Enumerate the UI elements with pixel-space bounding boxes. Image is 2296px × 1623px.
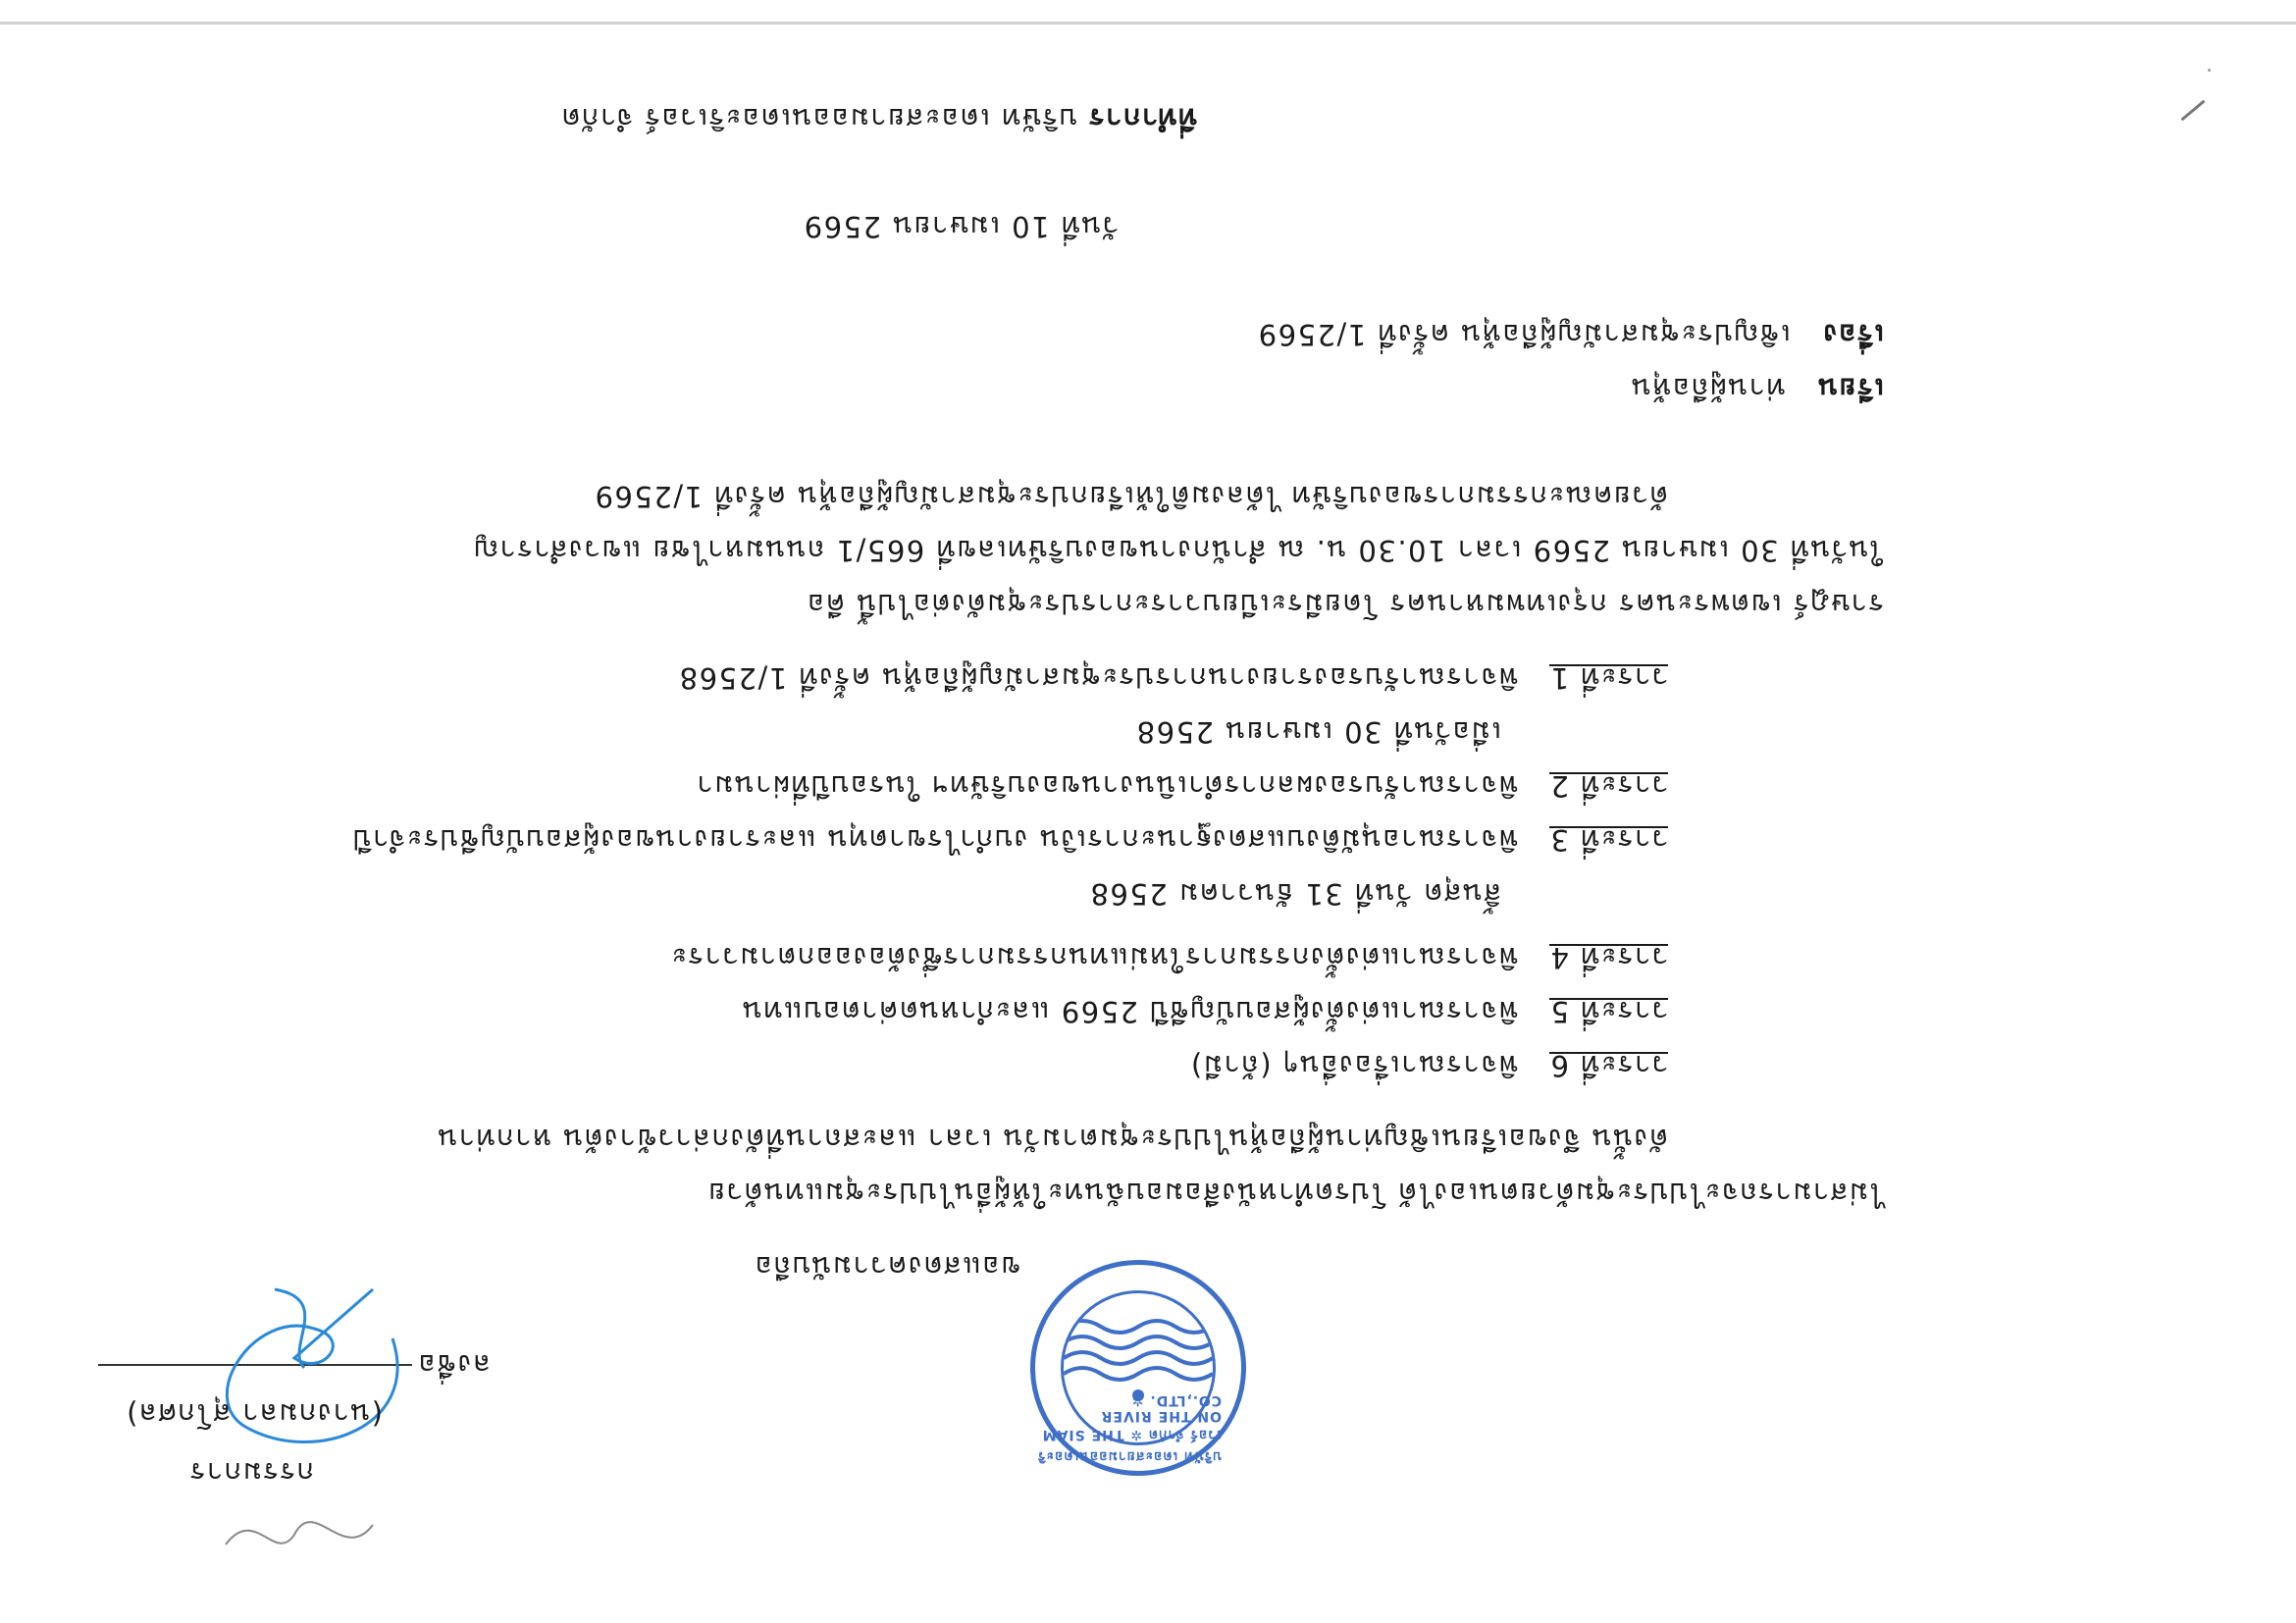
agenda-label: วาระที่ 5 [1549,995,1668,1028]
agenda-text-cont: เมื่อวันที่ 30 เมษายน 2568 [1135,709,1501,755]
agenda-text: พิจารณารับรองผลการดำเนินงานของบริษัทฯ ใน… [696,769,1518,803]
agenda-text: พิจารณาอนุมัติงบแสดงฐานะการเงิน งบกำไรขา… [352,823,1518,857]
initials-mark [206,1466,383,1584]
stamp-text: บริษัท เดอะสยามออนเดอะริเวอร์ จำกัด ✲ TH… [1035,1392,1222,1467]
agenda-text-cont: สิ้นสุด วันที่ 31 ธันวาคม 2568 [1089,871,1501,916]
letter-date: วันที่ 10 เมษายน 2569 [803,204,1119,249]
agenda-item: วาระที่ 1 พิจารณารับรองรายงานการประชุมสา… [678,655,1668,701]
agenda-label: วาระที่ 4 [1549,941,1668,974]
agenda-item: วาระที่ 5 พิจารณาแต่งตั้งผู้สอบบัญชีปี 2… [741,989,1668,1034]
closing-line: ไม่สามารถจะไปประชุมด้วยตนเองได้ โปรดทำหน… [707,1171,1884,1216]
agenda-label: วาระที่ 1 [1549,661,1668,695]
body-line: ราษฎร์ เขตพระนคร กรุงเทพมหานคร โดยมีระเบ… [806,582,1884,627]
body-line: ด้วยคณะกรรมการของบริษัท ได้ลงมติให้เรียก… [594,474,1668,519]
closing-line: ดังนั้น จึงขอเรียนเชิญท่านผู้ถือหุ้นไปปร… [437,1117,1668,1162]
agenda-label: วาระที่ 6 [1549,1049,1668,1082]
agenda-text: พิจารณารับรองรายงานการประชุมสามัญผู้ถือห… [678,661,1518,695]
letter-page: ที่ทำการ บริษัท เดอะสยามออนเดอะริเวอร์ จ… [0,0,2296,1623]
subject-label: เรื่อง [1822,318,1884,351]
agenda-item: วาระที่ 3 พิจารณาอนุมัติงบแสดงฐานะการเงิ… [352,817,1669,863]
agenda-item: วาระที่ 4 พิจารณาแต่งตั้งกรรมการใหม่แทนก… [670,935,1668,980]
agenda-text: พิจารณาเรื่องอื่นๆ (ถ้ามี) [1189,1049,1517,1082]
agenda-item: วาระที่ 6 พิจารณาเรื่องอื่นๆ (ถ้ามี) [1189,1043,1668,1088]
agenda-text: พิจารณาแต่งตั้งกรรมการใหม่แทนกรรมการซึ่ง… [670,941,1518,974]
agenda-item: วาระที่ 2 พิจารณารับรองผลการดำเนินงานของ… [696,763,1668,809]
agenda-label: วาระที่ 2 [1549,769,1668,803]
signer-name: (นางกมลา สุโกศล) [126,1391,383,1437]
regards-text: ขอแสดงความนับถือ [754,1244,1020,1289]
to-label: เรียน [1817,372,1884,405]
company-stamp: บริษัท เดอะสยามออนเดอะริเวอร์ จำกัด ✲ TH… [1030,1260,1246,1476]
sender-label: ที่ทำการ [1088,102,1197,135]
to-text: ท่านผู้ถือหุ้น [1630,372,1785,405]
subject-text: เชิญประชุมสามัญผู้ถือหุ้น ครั้งที่ 1/256… [1257,318,1791,351]
to-line: เรียน ท่านผู้ถือหุ้น [1630,366,1884,411]
sender-name: บริษัท เดอะสยามออนเดอะริเวอร์ จำกัด [560,102,1077,135]
subject-line: เรื่อง เชิญประชุมสามัญผู้ถือหุ้น ครั้งที… [1257,312,1884,357]
body-line: ในวันที่ 30 เมษายน 2569 เวลา 10.30 น. ณ … [473,528,1884,573]
pen-mark [2181,100,2206,122]
sender-line: ที่ทำการ บริษัท เดอะสยามออนเดอะริเวอร์ จ… [560,96,1197,141]
agenda-text: พิจารณาแต่งตั้งผู้สอบบัญชีปี 2569 และกำห… [741,995,1517,1028]
agenda-label: วาระที่ 3 [1549,823,1668,857]
